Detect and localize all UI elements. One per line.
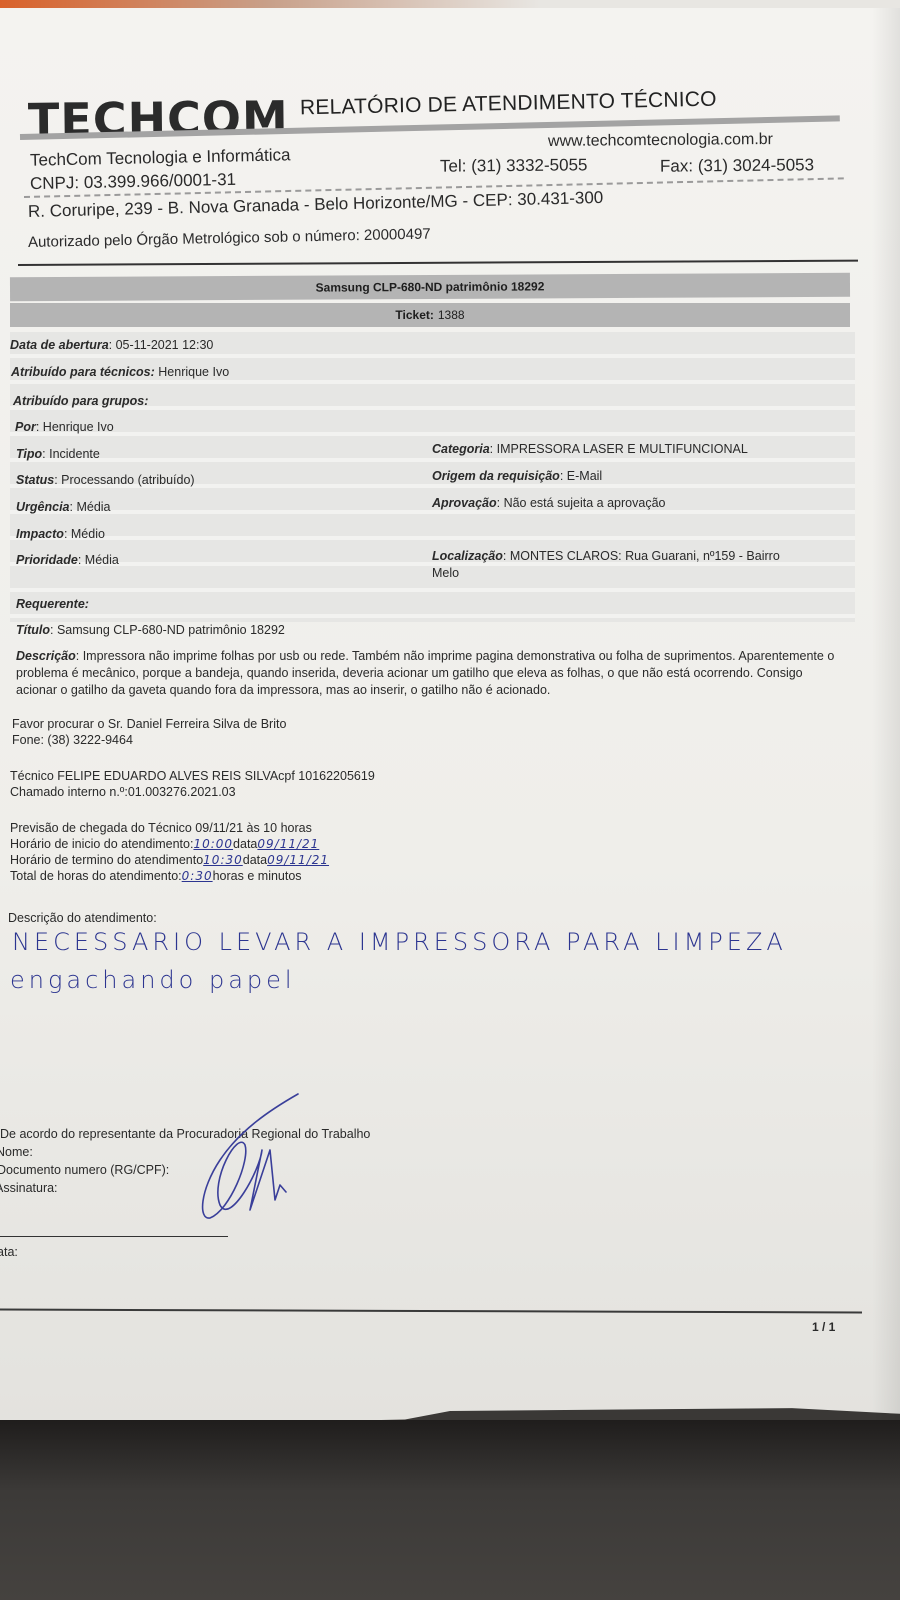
service-handwritten-line2: engachando papel — [10, 966, 296, 994]
technician-info: Técnico FELIPE EDUARDO ALVES REIS SILVAc… — [10, 768, 375, 784]
approval-name-label: Nome: — [0, 1144, 33, 1160]
ticket-label: Ticket: — [395, 308, 433, 322]
service-handwritten-line1: NECESSARIO LEVAR A IMPRESSORA PARA LIMPE… — [12, 928, 787, 956]
end-time-row: Horário de termino do atendimento10:30da… — [10, 852, 329, 868]
field-request-origin: Origem da requisição: E-Mail — [432, 469, 602, 483]
approval-document-label: Documento numero (RG/CPF): — [0, 1162, 169, 1178]
end-time-handwritten: 10:30 — [203, 853, 243, 867]
arrival-forecast: Previsão de chegada do Técnico 09/11/21 … — [10, 820, 312, 836]
approval-signature-label: Assinatura: — [0, 1180, 58, 1196]
field-assigned-groups: Atribuído para grupos: — [13, 394, 148, 408]
contact-phone: Fone: (38) 3222-9464 — [12, 732, 133, 748]
photo-background-fabric — [0, 1420, 900, 1600]
paper-shadow — [872, 8, 900, 1428]
field-assigned-technicians: Atribuído para técnicos: Henrique Ivo — [11, 365, 229, 379]
ticket-number: 1388 — [438, 308, 465, 322]
company-website: www.techcomtecnologia.com.br — [548, 131, 773, 151]
field-title: Título: Samsung CLP-680-ND patrimônio 18… — [16, 623, 285, 637]
field-impact: Impacto: Médio — [16, 527, 105, 541]
field-priority: Prioridade: Média — [16, 553, 119, 567]
total-hours-row: Total de horas do atendimento:0:30horas … — [10, 868, 302, 884]
page-number: 1 / 1 — [812, 1320, 835, 1334]
signature-line — [0, 1236, 228, 1237]
company-phone: Tel: (31) 3332-5055 — [440, 155, 588, 176]
field-location: Localização: MONTES CLAROS: Rua Guarani,… — [432, 549, 780, 563]
end-date-handwritten: 09/11/21 — [267, 853, 329, 867]
field-status: Status: Processando (atribuído) — [16, 473, 195, 487]
total-hours-handwritten: 0:30 — [182, 869, 213, 883]
field-opening-date: Data de abertura: 05-11-2021 12:30 — [10, 338, 213, 352]
approval-date-label: Data: — [0, 1244, 18, 1260]
field-by: Por: Henrique Ivo — [15, 420, 114, 434]
internal-call-number: Chamado interno n.º:01.003276.2021.03 — [10, 784, 236, 800]
field-category: Categoria: IMPRESSORA LASER E MULTIFUNCI… — [432, 442, 748, 456]
company-fax: Fax: (31) 3024-5053 — [660, 155, 814, 176]
field-approval: Aprovação: Não está sujeita a aprovação — [432, 496, 665, 510]
ticket-banner: Ticket: 1388 — [10, 303, 850, 327]
contact-person: Favor procurar o Sr. Daniel Ferreira Sil… — [12, 716, 286, 732]
field-location-line2: Melo — [432, 566, 459, 580]
problem-description: Descrição: Impressora não imprime folhas… — [16, 648, 836, 699]
approval-statement: De acordo do representante da Procurador… — [0, 1126, 370, 1142]
signature-scribble — [190, 1090, 300, 1230]
equipment-banner: Samsung CLP-680-ND patrimônio 18292 — [10, 273, 850, 301]
start-date-handwritten: 09/11/21 — [257, 837, 319, 851]
field-type: Tipo: Incidente — [16, 447, 100, 461]
start-time-row: Horário de inicio do atendimento:10:00da… — [10, 836, 319, 852]
field-urgency: Urgência: Média — [16, 500, 111, 514]
start-time-handwritten: 10:00 — [193, 837, 233, 851]
service-description-label: Descrição do atendimento: — [8, 910, 157, 926]
field-requester: Requerente: — [16, 597, 89, 611]
